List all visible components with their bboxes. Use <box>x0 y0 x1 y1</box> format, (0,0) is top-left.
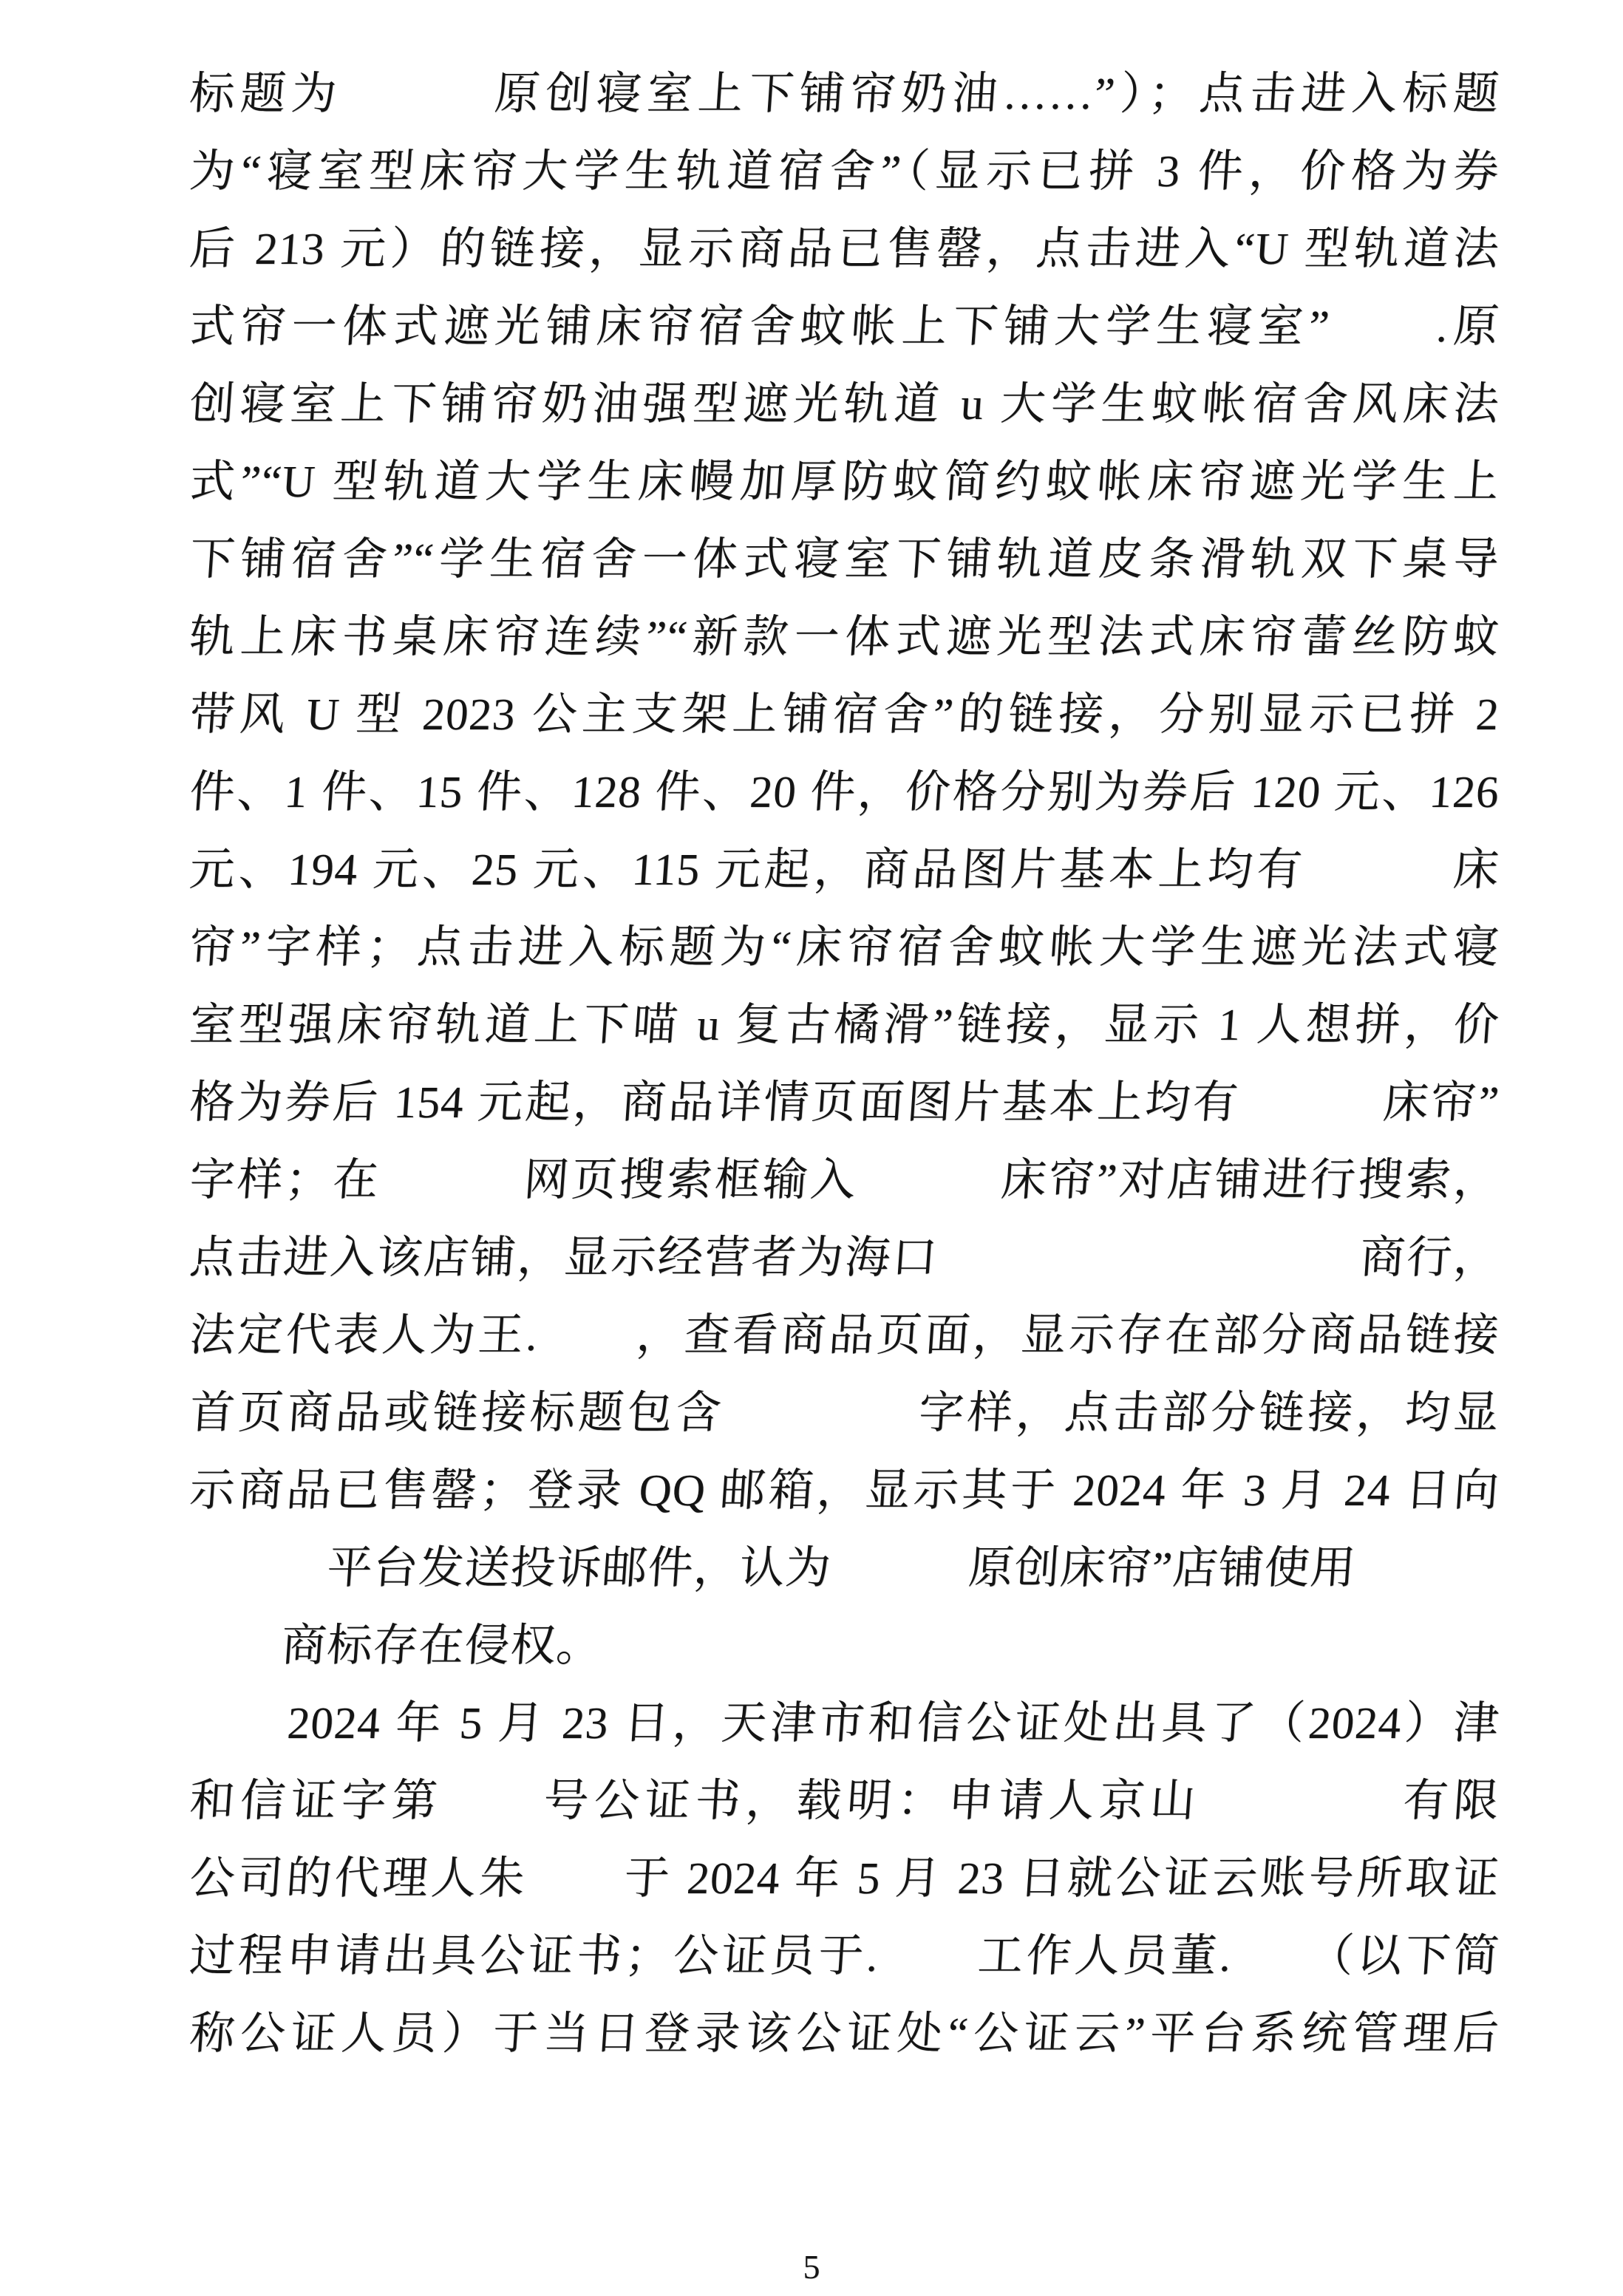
text-line: 和信证字第 号公证书，载明：申请人京山 有限 <box>187 1762 1502 1840</box>
text-line: 件、1 件、15 件、128 件、20 件，价格分别为券后 120 元、126 <box>187 754 1502 831</box>
text-line: 平台发送投诉邮件，认为 原创床帘”店铺使用 <box>187 1530 1502 1607</box>
text-line: 轨上床书桌床帘连续”“新款一体式遮光型法式床帘蕾丝防蚊 <box>187 599 1502 676</box>
text-line: 带风 U 型 2023 公主支架上铺宿舍”的链接，分别显示已拼 2 <box>187 676 1502 754</box>
text-line: 公司的代理人朱 于 2024 年 5 月 23 日就公证云账号所取证 <box>187 1840 1502 1918</box>
document-page: 标题为 原创寝室上下铺帘奶油……”）；点击进入标题 为“寝室型床帘大学生轨道宿舍… <box>0 0 1623 2296</box>
text-line: 下铺宿舍”“学生宿舍一体式寝室下铺轨道皮条滑轨双下桌导 <box>187 521 1502 599</box>
page-number: 5 <box>803 2248 820 2286</box>
text-line: 称公证人员）于当日登录该公证处“公证云”平台系统管理后 <box>187 1995 1502 2073</box>
text-line: 元、194 元、25 元、115 元起，商品图片基本上均有 床 <box>187 831 1502 909</box>
text-line: 首页商品或链接标题包含 字样，点击部分链接，均显 <box>187 1374 1502 1452</box>
text-line: 过程申请出具公证书；公证员于. 工作人员董. （以下简 <box>187 1918 1502 1995</box>
text-line: 式帘一体式遮光铺床帘宿舍蚊帐上下铺大学生寝室” .原 <box>187 288 1502 366</box>
text-line: 式”“U 型轨道大学生床幔加厚防蚊简约蚊帐床帘遮光学生上 <box>187 443 1502 521</box>
text-line: 2024 年 5 月 23 日，天津市和信公证处出具了（2024）津 <box>187 1685 1502 1762</box>
text-line: 创寝室上下铺帘奶油强型遮光轨道 u 大学生蚊帐宿舍风床法 <box>187 366 1502 443</box>
text-line: 室型强床帘轨道上下喵 u 复古橘滑”链接，显示 1 人想拼，价 <box>187 987 1502 1064</box>
text-line: 标题为 原创寝室上下铺帘奶油……”）；点击进入标题 <box>187 55 1502 133</box>
text-line: 法定代表人为王. ，查看商品页面，显示存在部分商品链接 <box>187 1297 1502 1374</box>
text-line: 帘”字样；点击进入标题为“床帘宿舍蚊帐大学生遮光法式寝 <box>187 909 1502 987</box>
text-line: 商标存在侵权。 <box>187 1607 1502 1685</box>
text-line: 后 213 元）的链接，显示商品已售罄，点击进入“U 型轨道法 <box>187 211 1502 288</box>
text-line: 为“寝室型床帘大学生轨道宿舍”（显示已拼 3 件，价格为券 <box>187 133 1502 211</box>
page-footer: 5 <box>0 2245 1623 2289</box>
document-text: 标题为 原创寝室上下铺帘奶油……”）；点击进入标题 为“寝室型床帘大学生轨道宿舍… <box>187 55 1497 2073</box>
text-line: 示商品已售罄；登录 QQ 邮箱，显示其于 2024 年 3 月 24 日向 <box>187 1452 1502 1530</box>
text-line: 字样；在 网页搜索框输入 床帘”对店铺进行搜索， <box>187 1142 1502 1219</box>
text-line: 点击进入该店铺，显示经营者为海口 商行， <box>187 1219 1502 1297</box>
text-line: 格为券后 154 元起，商品详情页面图片基本上均有 床帘” <box>187 1064 1502 1142</box>
